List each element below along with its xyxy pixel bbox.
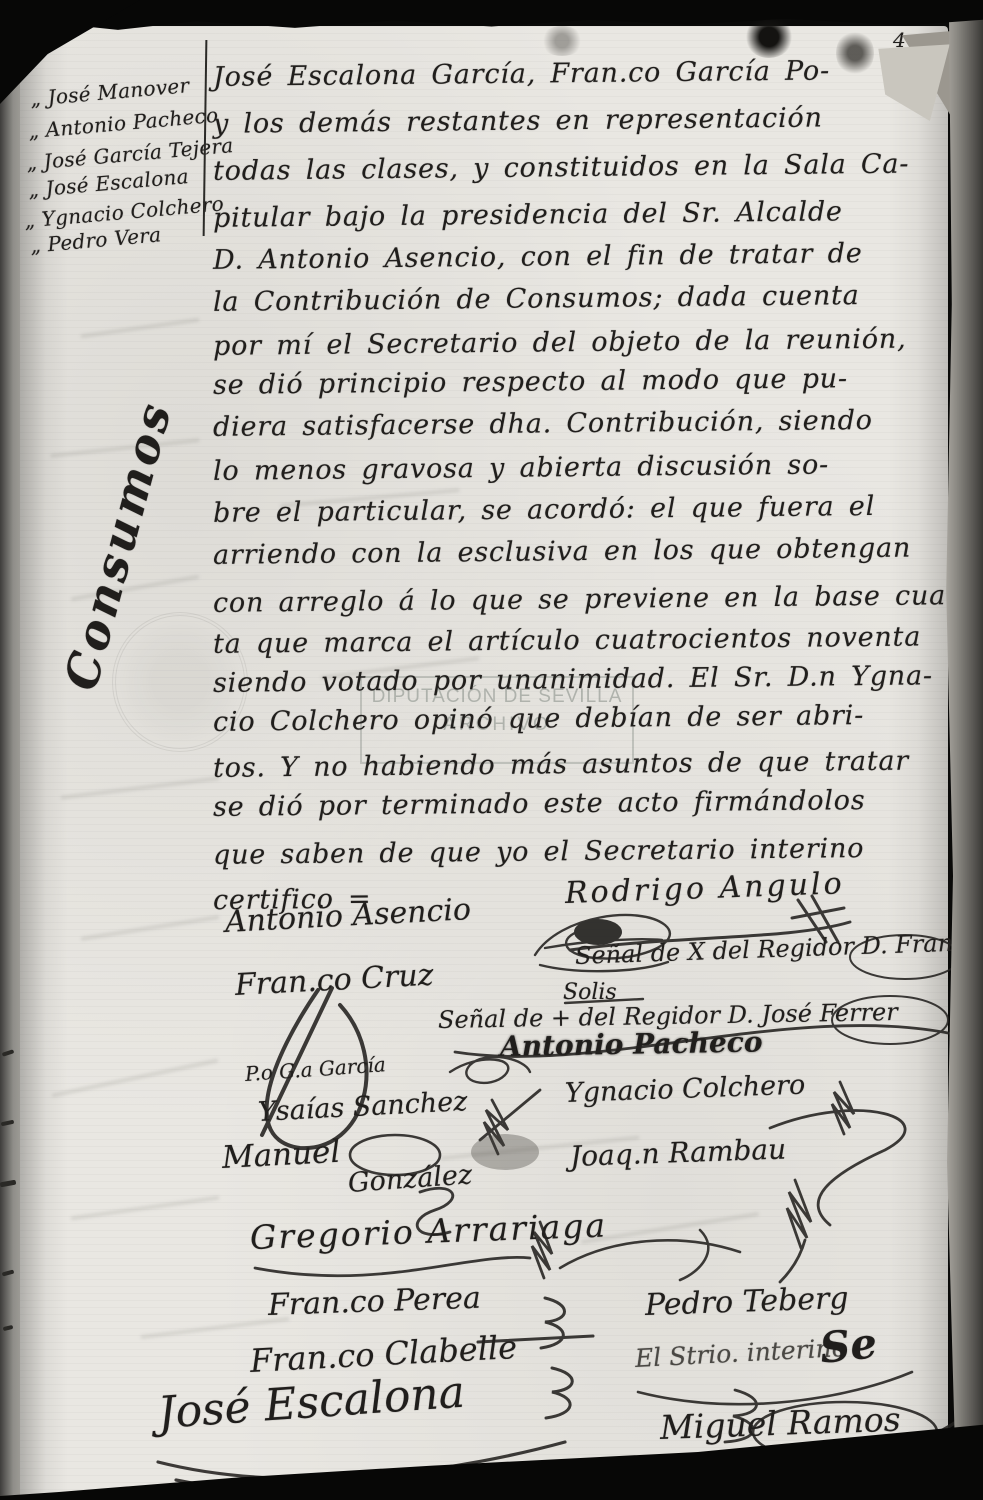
- rubric-rambau: [770, 1111, 905, 1282]
- rubric-flourishes: [0, 0, 983, 1500]
- rubric-gonzalez: [417, 1188, 453, 1234]
- ink-smudge: [836, 30, 874, 76]
- rubric-colchero: [832, 1082, 854, 1134]
- ink-smudge: [540, 26, 584, 56]
- ink-smudge: [745, 16, 793, 58]
- oval-solis: [850, 935, 960, 979]
- rubric-manuel: [350, 1135, 440, 1175]
- ink-stain-gonzalez: [471, 1134, 539, 1170]
- manuscript-scan: DIPUTACIÓN DE SEVILLA ARCHIVO 4 „ José M…: [0, 0, 983, 1500]
- rubric-arrariaga: [255, 1222, 552, 1278]
- sweep-ferrer: [455, 1026, 958, 1057]
- underline-solis: [565, 999, 643, 1003]
- sweep-interino: [638, 1372, 912, 1404]
- rubric-perea: [478, 1298, 593, 1348]
- rubric-cruz: [262, 988, 366, 1148]
- oval-ferrer: [832, 996, 948, 1044]
- rubric-clabelle: [546, 1368, 572, 1418]
- ink-blob-asencio: [574, 919, 622, 945]
- rubric-escalona3: [725, 1390, 757, 1442]
- flourish-mid: [560, 1230, 740, 1280]
- rubric-garcia: [450, 1057, 530, 1083]
